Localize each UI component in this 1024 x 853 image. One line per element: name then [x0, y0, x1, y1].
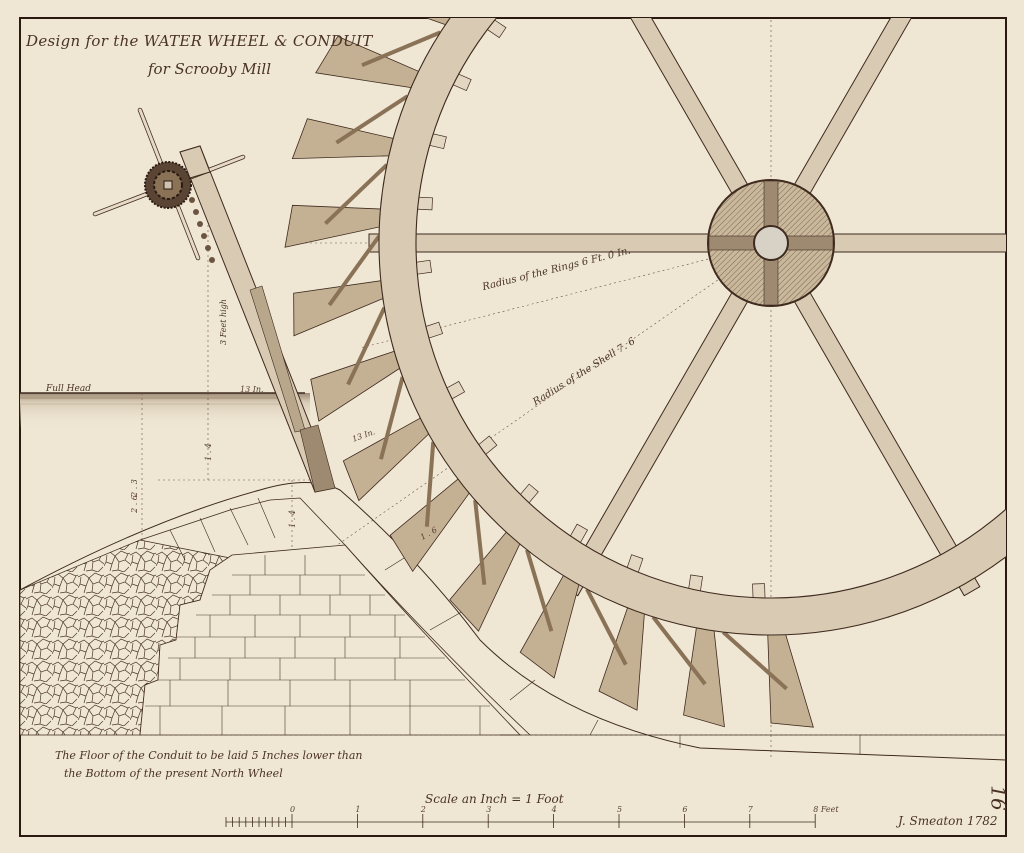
conduit-note-line1: The Floor of the Conduit to be laid 5 In…: [55, 750, 362, 761]
wheel-bucket: [684, 624, 725, 727]
wheel-arm: [369, 234, 721, 252]
scale-title: Scale an Inch = 1 Foot: [425, 793, 564, 805]
dimension-1-4-lower: 1 . 4: [289, 510, 297, 528]
scale-tick-label: 3: [486, 806, 491, 814]
drawing-subtitle: for Scrooby Mill: [148, 62, 271, 77]
scale-tick-label: 6: [682, 806, 687, 814]
wheel-ring: [379, 0, 1024, 635]
drawing-sheet: Design for the WATER WHEEL & CONDUIT for…: [0, 0, 1024, 853]
scale-bar: [226, 814, 815, 828]
conduit-note-line2: the Bottom of the present North Wheel: [64, 768, 283, 779]
plate-number: 16: [989, 785, 1009, 810]
scale-tick-label: 8 Feet: [813, 806, 838, 814]
dimension-1-4-upper: 1 . 4: [205, 443, 213, 461]
full-head-label: Full Head: [46, 385, 91, 394]
scale-tick-label: 2: [421, 806, 426, 814]
head-water: [20, 393, 310, 429]
wheel-arm: [562, 0, 754, 204]
scale-tick-label: 5: [617, 806, 622, 814]
water-wheel-drawing: [0, 0, 1024, 853]
scale-tick-label: 4: [552, 806, 557, 814]
signature: J. Smeaton 1782: [898, 815, 998, 827]
wheel-arm: [821, 234, 1024, 252]
axle-gudgeon-icon: [754, 226, 788, 260]
scale-tick-label: 0: [290, 806, 295, 814]
dimension-13-in-upper: 13 In.: [240, 386, 264, 394]
scale-tick-label: 7: [748, 806, 753, 814]
drawing-title: Design for the WATER WHEEL & CONDUIT: [26, 34, 373, 49]
scale-tick-label: 1: [355, 806, 360, 814]
wheel-bucket: [311, 350, 403, 421]
wheel-bucket: [354, 0, 459, 26]
dimension-2-6: 2 . 6: [131, 495, 139, 513]
wheel-arm: [788, 0, 980, 204]
head-height-label: 3 Feet high: [220, 299, 228, 345]
